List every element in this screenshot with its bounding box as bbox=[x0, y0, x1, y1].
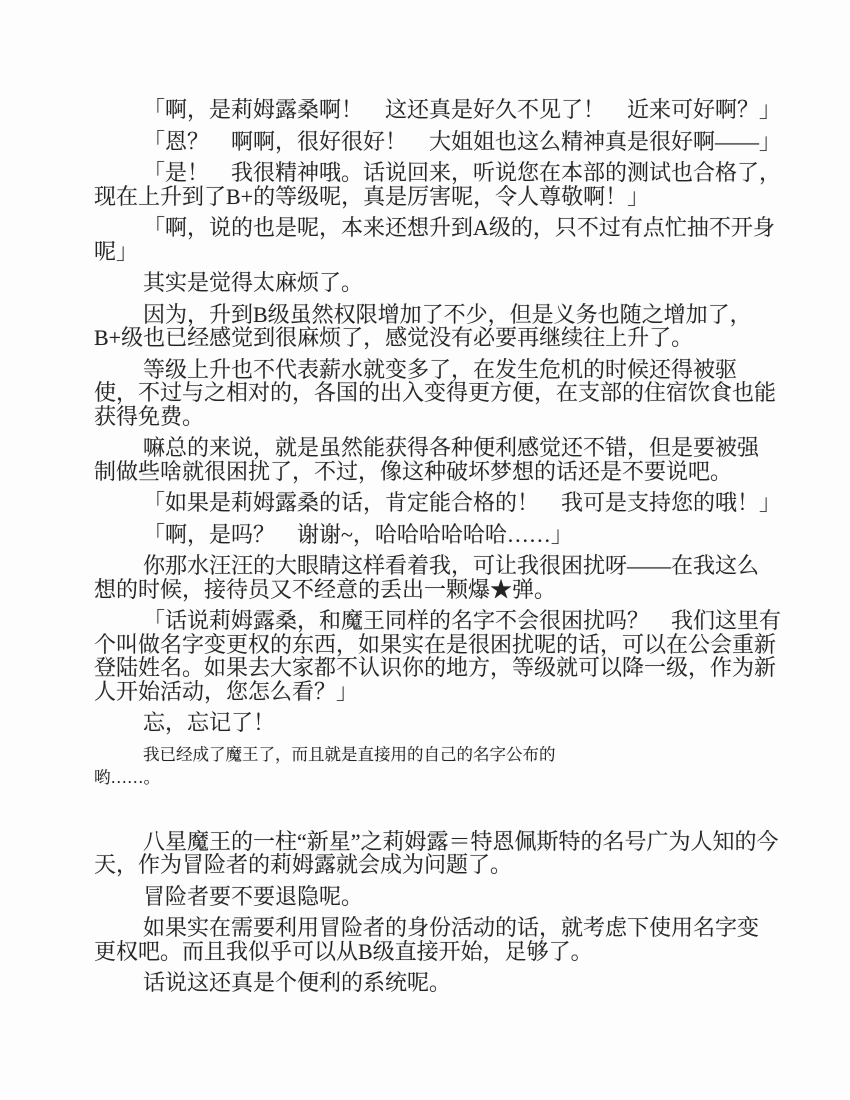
paragraph: 「恩？ 啊啊，很好很好！ 大姐姐也这么精神真是很好啊——」 bbox=[94, 130, 794, 154]
text-line: 呢」 bbox=[94, 240, 794, 264]
text-line: 天，作为冒险者的莉姆露就会成为问题了。 bbox=[94, 853, 794, 877]
paragraph: 因为，升到B级虽然权限增加了不少，但是义务也随之增加了，B+级也已经感觉到很麻烦… bbox=[94, 303, 794, 350]
text-line: B+级也已经感觉到很麻烦了，感觉没有必要再继续往上升了。 bbox=[94, 326, 794, 350]
paragraph: 「话说莉姆露桑，和魔王同样的名字不会很困扰吗？ 我们这里有个叫做名字变更权的东西… bbox=[94, 609, 794, 703]
text-line: 「啊，是莉姆露桑啊！ 这还真是好久不见了！ 近来可好啊？」 bbox=[94, 98, 794, 122]
paragraph: 嘛总的来说，就是虽然能获得各种便利感觉还不错，但是要被强制做些啥就很困扰了，不过… bbox=[94, 436, 794, 483]
paragraph: 等级上升也不代表薪水就变多了，在发生危机的时候还得被驱使，不过与之相对的，各国的… bbox=[94, 358, 794, 429]
paragraph: 八星魔王的一柱“新星”之莉姆露＝特恩佩斯特的名号广为人知的今天，作为冒险者的莉姆… bbox=[94, 830, 794, 877]
novel-page: 「啊，是莉姆露桑啊！ 这还真是好久不见了！ 近来可好啊？」「恩？ 啊啊，很好很好… bbox=[0, 0, 850, 1100]
paragraph: 话说这还真是个便利的系统呢。 bbox=[94, 971, 794, 995]
text-line: 「如果是莉姆露桑的话，肯定能合格的！ 我可是支持您的哦！」 bbox=[94, 491, 794, 515]
text-line: 获得免费。 bbox=[94, 405, 794, 429]
text-line: 话说这还真是个便利的系统呢。 bbox=[94, 971, 794, 995]
paragraph: 冒险者要不要退隐呢。 bbox=[94, 885, 794, 909]
blank-line-spacer bbox=[94, 798, 794, 830]
paragraph: 「啊，是吗？ 谢谢~，哈哈哈哈哈哈……」 bbox=[94, 523, 794, 547]
text-line: 「是！ 我很精神哦。话说回来，听说您在本部的测试也合格了， bbox=[94, 161, 794, 185]
text-line: 个叫做名字变更权的东西，如果实在是很困扰呢的话，可以在公会重新 bbox=[94, 633, 794, 657]
text-line: 其实是觉得太麻烦了。 bbox=[94, 271, 794, 295]
text-line: 「啊，是吗？ 谢谢~，哈哈哈哈哈哈……」 bbox=[94, 523, 794, 547]
text-line: 制做些啥就很困扰了，不过，像这种破坏梦想的话还是不要说吧。 bbox=[94, 460, 794, 484]
text-line: 冒险者要不要退隐呢。 bbox=[94, 885, 794, 909]
novel-text-block: 「啊，是莉姆露桑啊！ 这还真是好久不见了！ 近来可好啊？」「恩？ 啊啊，很好很好… bbox=[94, 98, 794, 1003]
text-line: 忘，忘记了！ bbox=[94, 711, 794, 735]
paragraph: 你那水汪汪的大眼睛这样看着我，可让我很困扰呀——在我这么想的时候，接待员又不经意… bbox=[94, 554, 794, 601]
paragraph: 我已经成了魔王了，而且就是直接用的自己的名字公布的哟……。 bbox=[94, 743, 794, 790]
text-line: 嘛总的来说，就是虽然能获得各种便利感觉还不错，但是要被强 bbox=[94, 436, 794, 460]
text-line: 因为，升到B级虽然权限增加了不少，但是义务也随之增加了， bbox=[94, 303, 794, 327]
text-line: 登陆姓名。如果去大家都不认识你的地方，等级就可以降一级，作为新 bbox=[94, 656, 794, 680]
text-line: 「啊，说的也是呢，本来还想升到A级的，只不过有点忙抽不开身 bbox=[94, 216, 794, 240]
paragraph: 其实是觉得太麻烦了。 bbox=[94, 271, 794, 295]
text-line: 使，不过与之相对的，各国的出入变得更方便，在支部的住宿饮食也能 bbox=[94, 381, 794, 405]
text-line: 我已经成了魔王了，而且就是直接用的自己的名字公布的 bbox=[94, 743, 794, 767]
text-line: 人开始活动，您怎么看？」 bbox=[94, 680, 794, 704]
text-line: 「恩？ 啊啊，很好很好！ 大姐姐也这么精神真是很好啊——」 bbox=[94, 130, 794, 154]
paragraph: 「是！ 我很精神哦。话说回来，听说您在本部的测试也合格了，现在上升到了B+的等级… bbox=[94, 161, 794, 208]
paragraph: 如果实在需要利用冒险者的身份活动的话，就考虑下使用名字变更权吧。而且我似乎可以从… bbox=[94, 916, 794, 963]
paragraph: 「啊，说的也是呢，本来还想升到A级的，只不过有点忙抽不开身呢」 bbox=[94, 216, 794, 263]
text-line: 八星魔王的一柱“新星”之莉姆露＝特恩佩斯特的名号广为人知的今 bbox=[94, 830, 794, 854]
text-line: 你那水汪汪的大眼睛这样看着我，可让我很困扰呀——在我这么 bbox=[94, 554, 794, 578]
text-line: 想的时候，接待员又不经意的丢出一颗爆★弹。 bbox=[94, 578, 794, 602]
text-line: 更权吧。而且我似乎可以从B级直接开始，足够了。 bbox=[94, 940, 794, 964]
text-line: 现在上升到了B+的等级呢，真是厉害呢，令人尊敬啊！」 bbox=[94, 185, 794, 209]
paragraph: 「啊，是莉姆露桑啊！ 这还真是好久不见了！ 近来可好啊？」 bbox=[94, 98, 794, 122]
text-line: 如果实在需要利用冒险者的身份活动的话，就考虑下使用名字变 bbox=[94, 916, 794, 940]
text-line: 哟……。 bbox=[94, 766, 794, 790]
text-line: 等级上升也不代表薪水就变多了，在发生危机的时候还得被驱 bbox=[94, 358, 794, 382]
paragraph: 「如果是莉姆露桑的话，肯定能合格的！ 我可是支持您的哦！」 bbox=[94, 491, 794, 515]
text-line: 「话说莉姆露桑，和魔王同样的名字不会很困扰吗？ 我们这里有 bbox=[94, 609, 794, 633]
paragraph: 忘，忘记了！ bbox=[94, 711, 794, 735]
